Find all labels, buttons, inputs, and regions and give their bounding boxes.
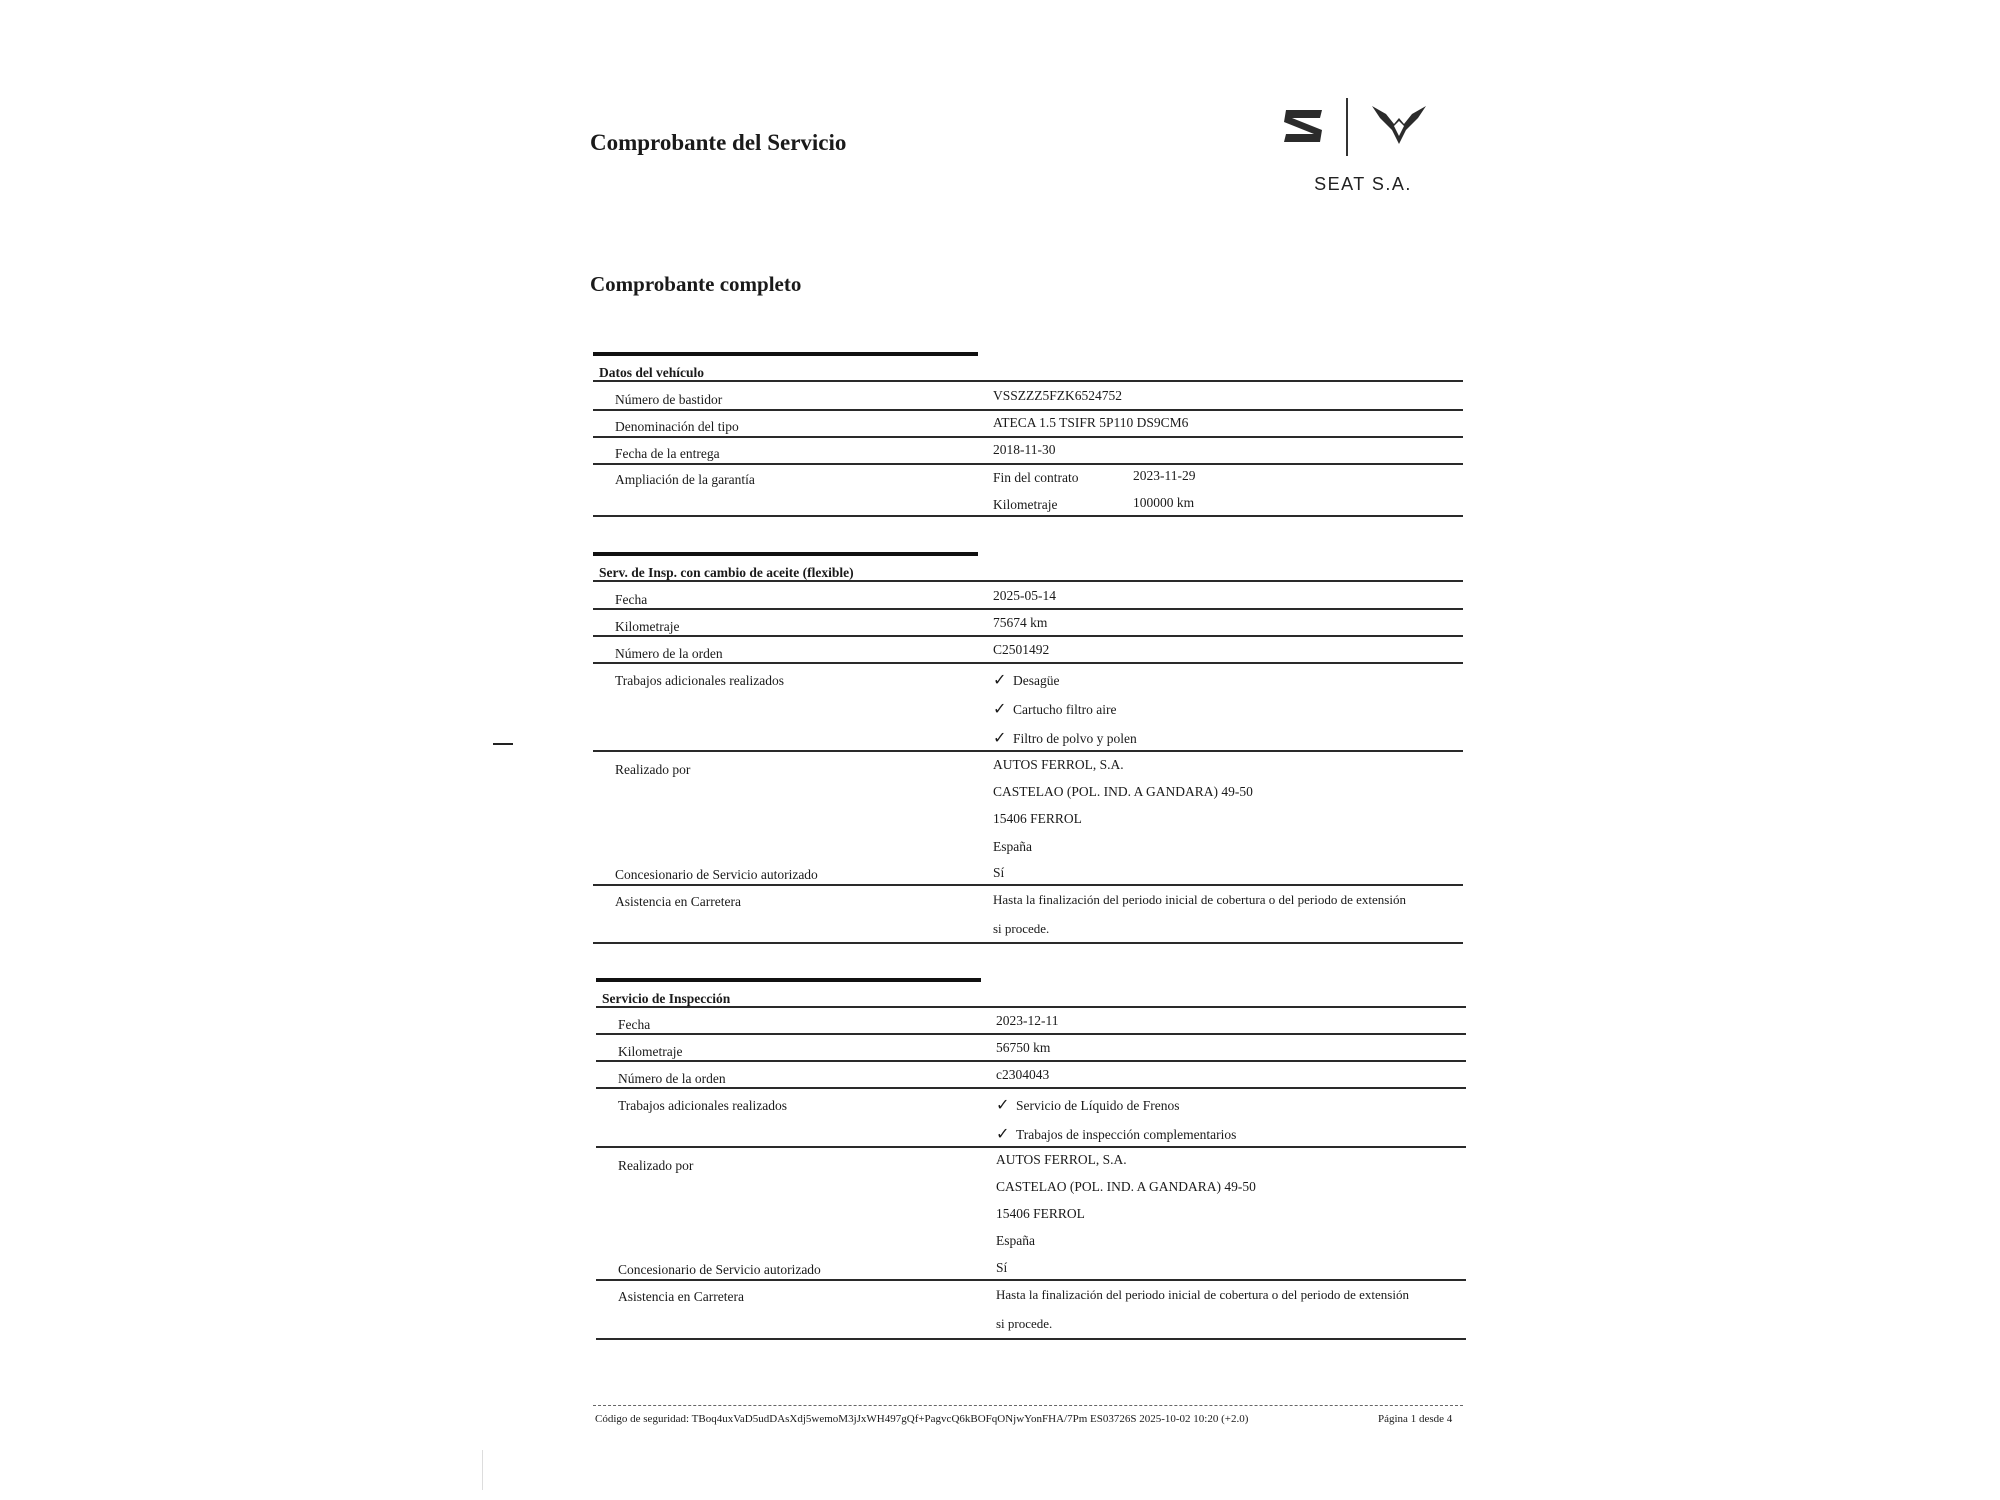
brand-logo: SEAT S.A. [1278, 96, 1448, 196]
divider [596, 1338, 1466, 1340]
oil-service-section: Serv. de Insp. con cambio de aceite (fle… [593, 552, 1463, 952]
seat-logo-icon [1284, 108, 1324, 144]
divider [596, 1087, 1466, 1089]
divider [593, 463, 1463, 465]
checkmark-icon: ✓ [996, 1095, 1016, 1114]
checkmark-icon: ✓ [993, 670, 1013, 689]
divider [593, 580, 1463, 582]
divider [593, 750, 1463, 752]
service-date-label: Fecha [618, 1017, 650, 1033]
extra-work-label: Trabajos adicionales realizados [618, 1098, 787, 1114]
section-heading: Datos del vehículo [599, 365, 704, 381]
extra-work-text: Desagüe [1013, 673, 1059, 688]
extra-work-text: Filtro de polvo y polen [1013, 731, 1137, 746]
checkmark-icon: ✓ [993, 728, 1013, 747]
roadside-value-line2: si procede. [996, 1316, 1052, 1332]
authorized-dealer-label: Concesionario de Servicio autorizado [618, 1262, 821, 1278]
mileage-value: 56750 km [996, 1040, 1050, 1056]
section-bar [593, 352, 978, 356]
inspection-section: Servicio de Inspección Fecha 2023-12-11 … [596, 978, 1466, 1358]
roadside-value-line2: si procede. [993, 921, 1049, 937]
vin-label: Número de bastidor [615, 392, 722, 408]
authorized-dealer-label: Concesionario de Servicio autorizado [615, 867, 818, 883]
footer-rule [593, 1405, 1463, 1406]
delivery-date-value: 2018-11-30 [993, 442, 1056, 458]
type-value: ATECA 1.5 TSIFR 5P110 DS9CM6 [993, 415, 1188, 431]
roadside-value-line1: Hasta la finalización del periodo inicia… [996, 1287, 1409, 1303]
roadside-value-line1: Hasta la finalización del periodo inicia… [993, 892, 1406, 908]
extra-work-item: ✓Cartucho filtro aire [993, 699, 1116, 718]
order-number-value: c2304043 [996, 1067, 1049, 1083]
divider [593, 942, 1463, 944]
extra-work-text: Servicio de Líquido de Frenos [1016, 1098, 1179, 1113]
vehicle-section: Datos del vehículo Número de bastidor VS… [593, 352, 1463, 532]
order-number-label: Número de la orden [615, 646, 723, 662]
section-heading: Serv. de Insp. con cambio de aceite (fle… [599, 565, 854, 581]
divider [596, 1006, 1466, 1008]
contract-end-value: 2023-11-29 [1133, 468, 1196, 484]
divider [596, 1033, 1466, 1035]
type-label: Denominación del tipo [615, 419, 739, 435]
roadside-label: Asistencia en Carretera [615, 894, 741, 910]
section-bar [593, 552, 978, 556]
checkmark-icon: ✓ [993, 699, 1013, 718]
order-number-value: C2501492 [993, 642, 1049, 658]
extra-work-item: ✓Trabajos de inspección complementarios [996, 1124, 1236, 1143]
warranty-km-label: Kilometraje [993, 497, 1057, 513]
divider [596, 1146, 1466, 1148]
divider [596, 1279, 1466, 1281]
divider [593, 635, 1463, 637]
extra-work-item: ✓Filtro de polvo y polen [993, 728, 1137, 747]
extra-work-text: Cartucho filtro aire [1013, 702, 1116, 717]
warranty-label: Ampliación de la garantía [615, 472, 755, 488]
scan-mark [493, 743, 513, 745]
document-subtitle: Comprobante completo [590, 272, 801, 297]
warranty-km-value: 100000 km [1133, 495, 1194, 511]
security-code: Código de seguridad: TBoq4uxVaD5udDAsXdj… [595, 1413, 1248, 1425]
logo-divider [1346, 98, 1348, 156]
service-date-value: 2025-05-14 [993, 588, 1056, 604]
vin-value: VSSZZZ5FZK6524752 [993, 388, 1122, 404]
dealer-address: CASTELAO (POL. IND. A GANDARA) 49-50 [993, 784, 1253, 800]
dealer-address: CASTELAO (POL. IND. A GANDARA) 49-50 [996, 1179, 1256, 1195]
divider [593, 380, 1463, 382]
section-heading: Servicio de Inspección [602, 991, 730, 1007]
service-date-value: 2023-12-11 [996, 1013, 1059, 1029]
divider [593, 884, 1463, 886]
extra-work-item: ✓Desagüe [993, 670, 1059, 689]
mileage-label: Kilometraje [615, 619, 679, 635]
scan-mark [482, 1450, 483, 1490]
document-title: Comprobante del Servicio [590, 130, 846, 156]
dealer-country: España [996, 1233, 1035, 1249]
divider [593, 608, 1463, 610]
contract-end-label: Fin del contrato [993, 470, 1078, 486]
cupra-logo-icon [1372, 104, 1426, 144]
section-bar [596, 978, 981, 982]
divider [593, 409, 1463, 411]
authorized-dealer-value: Sí [996, 1260, 1007, 1276]
divider [596, 1060, 1466, 1062]
mileage-value: 75674 km [993, 615, 1047, 631]
service-date-label: Fecha [615, 592, 647, 608]
document-page: Comprobante del Servicio SEAT S.A. Compr… [0, 0, 2000, 1500]
extra-work-text: Trabajos de inspección complementarios [1016, 1127, 1236, 1142]
mileage-label: Kilometraje [618, 1044, 682, 1060]
roadside-label: Asistencia en Carretera [618, 1289, 744, 1305]
dealer-name: AUTOS FERROL, S.A. [996, 1152, 1127, 1168]
performed-by-label: Realizado por [618, 1158, 693, 1174]
extra-work-label: Trabajos adicionales realizados [615, 673, 784, 689]
performed-by-label: Realizado por [615, 762, 690, 778]
extra-work-item: ✓Servicio de Líquido de Frenos [996, 1095, 1179, 1114]
company-name: SEAT S.A. [1278, 174, 1448, 195]
divider [593, 515, 1463, 517]
checkmark-icon: ✓ [996, 1124, 1016, 1143]
order-number-label: Número de la orden [618, 1071, 726, 1087]
divider [593, 662, 1463, 664]
authorized-dealer-value: Sí [993, 865, 1004, 881]
page-number: Página 1 desde 4 [1378, 1413, 1452, 1425]
divider [593, 436, 1463, 438]
dealer-city: 15406 FERROL [996, 1206, 1085, 1222]
dealer-city: 15406 FERROL [993, 811, 1082, 827]
dealer-name: AUTOS FERROL, S.A. [993, 757, 1124, 773]
dealer-country: España [993, 839, 1032, 855]
delivery-date-label: Fecha de la entrega [615, 446, 720, 462]
